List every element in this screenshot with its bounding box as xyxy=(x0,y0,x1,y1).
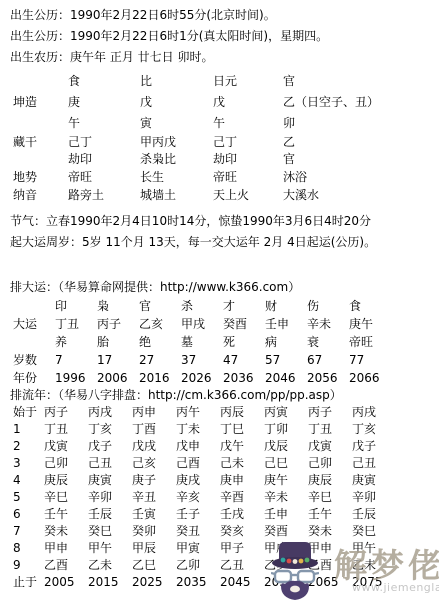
table-cell: 沐浴 xyxy=(283,168,307,186)
table-cell: 印 xyxy=(55,297,97,315)
table-cell: 乙 xyxy=(283,134,295,151)
table-cell: 癸巳 xyxy=(352,523,396,540)
table-row: 2戊寅戊子戊戌戊申戊午戊辰戊寅戊子 xyxy=(13,438,396,455)
jiemenglao-mascot-icon xyxy=(271,540,319,600)
table-cell: 丙申 xyxy=(132,404,176,421)
table-cell: 天上火 xyxy=(213,186,283,204)
table-cell: 57 xyxy=(265,351,307,369)
table-cell: 辛巳 xyxy=(308,489,352,506)
text-line: 节气：立春1990年2月4日10时14分，惊蛰1990年3月6日4时20分 xyxy=(10,211,376,232)
table-cell: 丁巳 xyxy=(220,421,264,438)
table-row: 印枭官杀才财伤食 xyxy=(13,297,391,315)
table-cell: 财 xyxy=(265,297,307,315)
table-cell: 癸亥 xyxy=(220,523,264,540)
table-cell: 庚 xyxy=(68,92,140,113)
table-cell: 壬子 xyxy=(176,506,220,523)
table-cell: 衰 xyxy=(307,333,349,351)
table-cell: 大溪水 xyxy=(283,186,319,204)
table-cell: 甲辰 xyxy=(132,540,176,557)
table-cell: 戊寅 xyxy=(308,438,352,455)
table-cell: 67 xyxy=(307,351,349,369)
bazi-chart-page: 出生公历：1990年2月22日6时55分(北京时间)。出生公历：1990年2月2… xyxy=(0,0,439,600)
table-cell: 2025 xyxy=(132,574,176,591)
table-cell: 己丑 xyxy=(352,455,396,472)
table-cell: 癸未 xyxy=(44,523,88,540)
table-cell: 癸巳 xyxy=(88,523,132,540)
table-cell: 壬午 xyxy=(44,506,88,523)
table-cell: 丁丑 xyxy=(55,315,97,333)
table-cell: 丙子 xyxy=(97,315,139,333)
table-cell: 己卯 xyxy=(44,455,88,472)
table-row: 年份19962006201620262036204620562066 xyxy=(13,369,391,387)
table-cell: 丙戌 xyxy=(352,404,396,421)
table-cell xyxy=(13,333,55,351)
table-cell: 丙戌 xyxy=(88,404,132,421)
table-cell: 己酉 xyxy=(176,455,220,472)
table-cell: 乙卯 xyxy=(176,557,220,574)
text-line: 出生公历：1990年2月22日6时1分(真太阳时间)，星期四。 xyxy=(10,26,328,47)
table-cell: 杀 xyxy=(181,297,223,315)
table-cell: 癸卯 xyxy=(132,523,176,540)
table-cell: 77 xyxy=(349,351,391,369)
table-cell: 帝旺 xyxy=(349,333,391,351)
table-cell: 甲丙戊 xyxy=(140,134,213,151)
table-cell: 庚寅 xyxy=(88,472,132,489)
table-cell: 庚辰 xyxy=(308,472,352,489)
table-cell xyxy=(13,151,68,168)
table-cell: 庚戌 xyxy=(176,472,220,489)
table-cell: 丁丑 xyxy=(308,421,352,438)
table-cell: 长生 xyxy=(140,168,213,186)
table-cell: 2015 xyxy=(88,574,132,591)
table-row: 岁数717273747576777 xyxy=(13,351,391,369)
table-cell: 戊子 xyxy=(88,438,132,455)
table-cell: 辛卯 xyxy=(88,489,132,506)
table-cell: 丁亥 xyxy=(88,421,132,438)
table-row: 大运丁丑丙子乙亥甲戌癸酉壬申辛未庚午 xyxy=(13,315,391,333)
table-row: 7癸未癸巳癸卯癸丑癸亥癸酉癸未癸巳 xyxy=(13,523,396,540)
table-cell: 47 xyxy=(223,351,265,369)
table-cell: 庚午 xyxy=(264,472,308,489)
table-cell: 癸丑 xyxy=(176,523,220,540)
table-cell: 壬辰 xyxy=(352,506,396,523)
table-cell: 2 xyxy=(13,438,44,455)
table-cell: 才 xyxy=(223,297,265,315)
table-cell: 官 xyxy=(283,71,295,92)
table-cell: 辛亥 xyxy=(176,489,220,506)
table-cell: 官 xyxy=(283,151,295,168)
table-cell: 戊午 xyxy=(220,438,264,455)
table-cell: 2056 xyxy=(307,369,349,387)
table-cell: 1996 xyxy=(55,369,97,387)
table-cell: 戊申 xyxy=(176,438,220,455)
table-row: 始于丙子丙戌丙申丙午丙辰丙寅丙子丙戌 xyxy=(13,404,396,421)
table-row: 6壬午壬辰壬寅壬子壬戌壬申壬午壬辰 xyxy=(13,506,396,523)
table-cell: 庚寅 xyxy=(352,472,396,489)
table-cell: 9 xyxy=(13,557,44,574)
table-cell xyxy=(13,71,68,92)
table-cell: 戊 xyxy=(140,92,213,113)
table-cell: 己未 xyxy=(220,455,264,472)
table-cell: 路旁土 xyxy=(68,186,140,204)
table-cell: 枭 xyxy=(97,297,139,315)
table-cell: 癸酉 xyxy=(264,523,308,540)
birth-info-block: 出生公历：1990年2月22日6时55分(北京时间)。出生公历：1990年2月2… xyxy=(10,5,328,68)
table-cell: 己巳 xyxy=(264,455,308,472)
table-cell: 戊子 xyxy=(352,438,396,455)
table-cell: 2045 xyxy=(220,574,264,591)
table-cell: 壬午 xyxy=(308,506,352,523)
table-cell: 7 xyxy=(55,351,97,369)
table-cell: 庚辰 xyxy=(44,472,88,489)
table-cell: 戊戌 xyxy=(132,438,176,455)
table-cell: 墓 xyxy=(181,333,223,351)
table-cell: 丁亥 xyxy=(352,421,396,438)
table-cell: 8 xyxy=(13,540,44,557)
table-cell: 37 xyxy=(181,351,223,369)
table-cell: 甲戌 xyxy=(181,315,223,333)
table-row: 地势帝旺长生帝旺沐浴 xyxy=(13,168,379,186)
table-cell: 食 xyxy=(68,71,140,92)
watermark-brand-text: 解梦佬 xyxy=(334,548,439,584)
table-cell xyxy=(13,113,68,134)
table-cell: 丁卯 xyxy=(264,421,308,438)
table-cell: 官 xyxy=(139,297,181,315)
table-cell: 纳音 xyxy=(13,186,68,204)
table-cell: 丁未 xyxy=(176,421,220,438)
table-cell: 甲子 xyxy=(220,540,264,557)
table-cell: 丙辰 xyxy=(220,404,264,421)
table-cell: 丙子 xyxy=(308,404,352,421)
table-cell: 3 xyxy=(13,455,44,472)
table-cell: 止于 xyxy=(13,574,44,591)
table-cell: 17 xyxy=(97,351,139,369)
table-cell: 辛巳 xyxy=(44,489,88,506)
table-cell: 帝旺 xyxy=(68,168,140,186)
table-cell xyxy=(13,297,55,315)
table-cell: 年份 xyxy=(13,369,55,387)
table-cell: 2046 xyxy=(265,369,307,387)
table-cell: 午 xyxy=(68,113,140,134)
table-cell: 27 xyxy=(139,351,181,369)
table-cell: 7 xyxy=(13,523,44,540)
dayun-table: 印枭官杀才财伤食大运丁丑丙子乙亥甲戌癸酉壬申辛未庚午养胎绝墓死病衰帝旺岁数717… xyxy=(13,297,391,387)
table-cell: 胎 xyxy=(97,333,139,351)
table-cell: 壬申 xyxy=(264,506,308,523)
table-cell: 己丁 xyxy=(68,134,140,151)
table-cell: 丙子 xyxy=(44,404,88,421)
table-cell: 6 xyxy=(13,506,44,523)
table-cell: 卯 xyxy=(283,113,295,134)
table-row: 养胎绝墓死病衰帝旺 xyxy=(13,333,391,351)
table-cell: 己卯 xyxy=(308,455,352,472)
table-cell: 伤 xyxy=(307,297,349,315)
table-cell: 绝 xyxy=(139,333,181,351)
table-cell: 丙寅 xyxy=(264,404,308,421)
table-row: 1丁丑丁亥丁酉丁未丁巳丁卯丁丑丁亥 xyxy=(13,421,396,438)
table-row: 午寅午卯 xyxy=(13,113,379,134)
table-cell: 午 xyxy=(213,113,283,134)
table-cell: 辛酉 xyxy=(220,489,264,506)
table-cell: 戊寅 xyxy=(44,438,88,455)
table-cell: 乙（日空子、丑） xyxy=(283,92,379,113)
table-cell: 己丁 xyxy=(213,134,283,151)
table-cell: 壬辰 xyxy=(88,506,132,523)
table-row: 坤造庚戊戊乙（日空子、丑） xyxy=(13,92,379,113)
text-line: 出生公历：1990年2月22日6时55分(北京时间)。 xyxy=(10,5,328,26)
table-row: 纳音路旁土城墙土天上火大溪水 xyxy=(13,186,379,204)
four-pillars-table: 食比日元官坤造庚戊戊乙（日空子、丑）午寅午卯藏干己丁甲丙戊己丁乙劫印杀枭比劫印官… xyxy=(13,71,379,204)
table-cell: 壬申 xyxy=(265,315,307,333)
table-cell: 己亥 xyxy=(132,455,176,472)
table-cell: 藏干 xyxy=(13,134,68,151)
table-cell: 4 xyxy=(13,472,44,489)
table-cell: 丁酉 xyxy=(132,421,176,438)
table-row: 5辛巳辛卯辛丑辛亥辛酉辛未辛巳辛卯 xyxy=(13,489,396,506)
table-cell: 2016 xyxy=(139,369,181,387)
table-cell: 2006 xyxy=(97,369,139,387)
table-cell: 地势 xyxy=(13,168,68,186)
table-cell: 乙酉 xyxy=(44,557,88,574)
table-cell: 癸酉 xyxy=(223,315,265,333)
table-cell: 岁数 xyxy=(13,351,55,369)
table-row: 3己卯己丑己亥己酉己未己巳己卯己丑 xyxy=(13,455,396,472)
table-cell: 庚申 xyxy=(220,472,264,489)
table-cell: 丙午 xyxy=(176,404,220,421)
table-cell: 日元 xyxy=(213,71,283,92)
table-cell: 庚子 xyxy=(132,472,176,489)
table-row: 食比日元官 xyxy=(13,71,379,92)
table-cell: 1 xyxy=(13,421,44,438)
table-cell: 死 xyxy=(223,333,265,351)
table-cell: 劫印 xyxy=(68,151,140,168)
table-cell: 辛未 xyxy=(307,315,349,333)
table-cell: 寅 xyxy=(140,113,213,134)
table-cell: 乙亥 xyxy=(139,315,181,333)
table-cell: 劫印 xyxy=(213,151,283,168)
table-cell: 壬寅 xyxy=(132,506,176,523)
liunian-section-title: 排流年：（华易八字排盘：http://cm.k366.com/pp/pp.asp… xyxy=(10,387,342,403)
table-cell: 2026 xyxy=(181,369,223,387)
jieqi-block: 节气：立春1990年2月4日10时14分，惊蛰1990年3月6日4时20分起大运… xyxy=(10,211,376,253)
table-cell: 2066 xyxy=(349,369,391,387)
table-row: 藏干己丁甲丙戊己丁乙 xyxy=(13,134,379,151)
table-cell: 坤造 xyxy=(13,92,68,113)
table-cell: 己丑 xyxy=(88,455,132,472)
table-cell: 5 xyxy=(13,489,44,506)
table-cell: 丁丑 xyxy=(44,421,88,438)
table-cell: 杀枭比 xyxy=(140,151,213,168)
table-cell: 甲申 xyxy=(44,540,88,557)
dayun-section-title: 排大运：（华易算命网提供：http://www.k366.com） xyxy=(10,279,300,295)
table-cell: 2005 xyxy=(44,574,88,591)
table-cell: 乙丑 xyxy=(220,557,264,574)
table-cell: 城墙土 xyxy=(140,186,213,204)
text-line: 出生农历：庚午年 正月 廿七日 卯时。 xyxy=(10,47,328,68)
table-cell: 乙巳 xyxy=(132,557,176,574)
table-cell: 食 xyxy=(349,297,391,315)
text-line: 起大运周岁：5岁 11个月 13天，每一交大运年 2月 4日起运(公历)。 xyxy=(10,232,376,253)
table-cell: 比 xyxy=(140,71,213,92)
table-cell: 2035 xyxy=(176,574,220,591)
table-cell: 庚午 xyxy=(349,315,391,333)
table-row: 劫印杀枭比劫印官 xyxy=(13,151,379,168)
table-cell: 癸未 xyxy=(308,523,352,540)
table-cell: 帝旺 xyxy=(213,168,283,186)
table-cell: 辛丑 xyxy=(132,489,176,506)
table-cell: 甲寅 xyxy=(176,540,220,557)
table-cell: 病 xyxy=(265,333,307,351)
table-cell: 戊辰 xyxy=(264,438,308,455)
table-row: 4庚辰庚寅庚子庚戌庚申庚午庚辰庚寅 xyxy=(13,472,396,489)
table-cell: 乙未 xyxy=(88,557,132,574)
table-cell: 辛未 xyxy=(264,489,308,506)
table-cell: 壬戌 xyxy=(220,506,264,523)
table-cell: 辛卯 xyxy=(352,489,396,506)
table-cell: 大运 xyxy=(13,315,55,333)
table-cell: 养 xyxy=(55,333,97,351)
table-cell: 始于 xyxy=(13,404,44,421)
table-cell: 戊 xyxy=(213,92,283,113)
table-cell: 2036 xyxy=(223,369,265,387)
table-cell: 甲午 xyxy=(88,540,132,557)
